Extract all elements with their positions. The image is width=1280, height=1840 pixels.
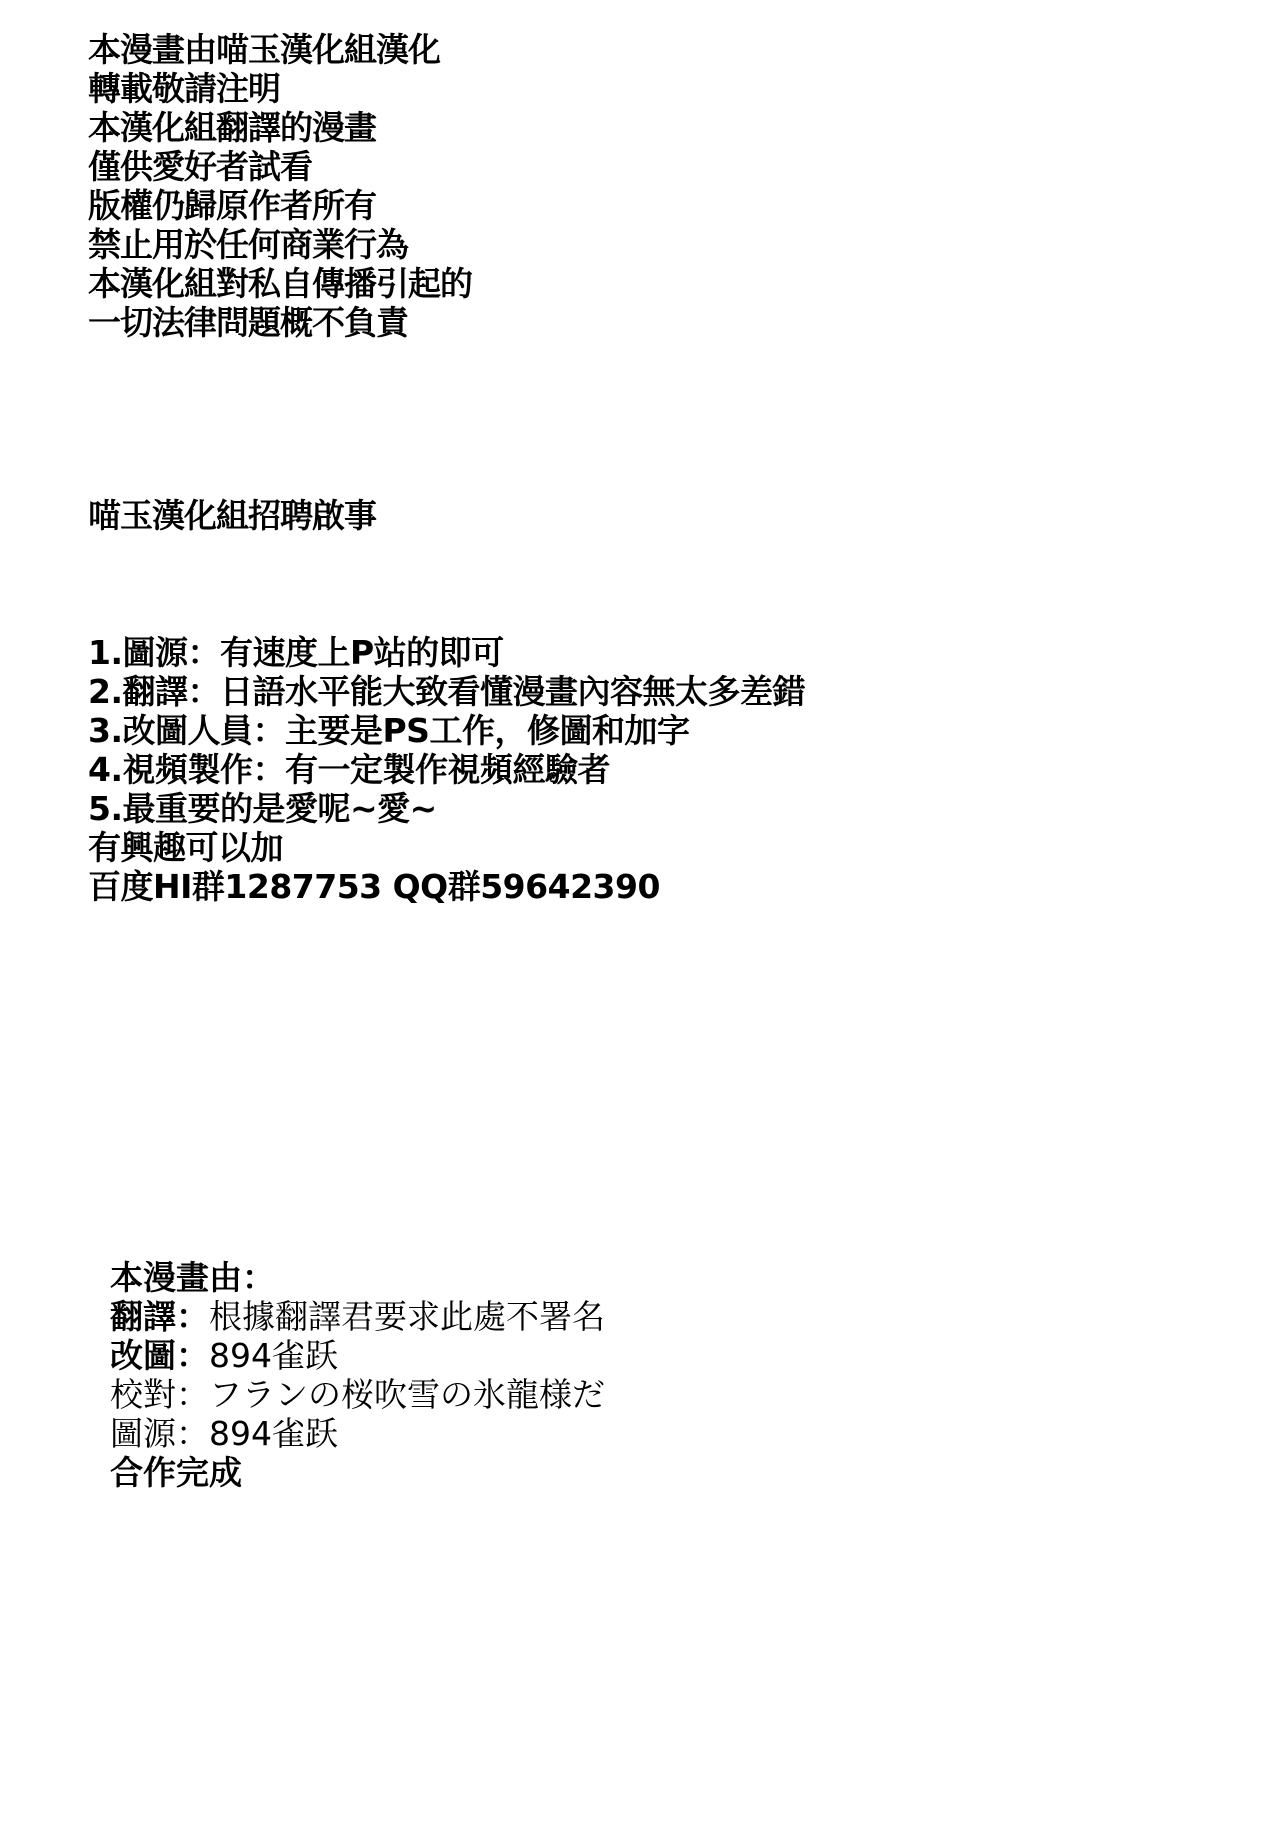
credit-value: 894雀跃 — [209, 1414, 338, 1453]
disclaimer-line: 僅供愛好者試看 — [88, 147, 472, 186]
recruit-item: 2.翻譯：日語水平能大致看懂漫畫內容無太多差錯 — [88, 672, 805, 711]
disclaimer-line: 本漢化組翻譯的漫畫 — [88, 108, 472, 147]
recruit-contact-intro: 有興趣可以加 — [88, 828, 805, 867]
credit-value: フランの桜吹雪の氷龍様だ — [209, 1375, 605, 1414]
credits-block: 本漫畫由： 翻譯：根據翻譯君要求此處不署名 改圖：894雀跃 校對：フランの桜吹… — [110, 1258, 605, 1492]
recruit-contact-groups: 百度HI群1287753 QQ群59642390 — [88, 867, 805, 906]
recruit-item: 1.圖源：有速度上P站的即可 — [88, 633, 805, 672]
credit-label: 翻譯： — [110, 1297, 209, 1336]
credit-value: 894雀跃 — [209, 1336, 338, 1375]
credit-row-source: 圖源：894雀跃 — [110, 1414, 605, 1453]
disclaimer-line: 本漫畫由喵玉漢化組漢化 — [88, 30, 472, 69]
recruit-item: 3.改圖人員：主要是PS工作，修圖和加字 — [88, 711, 805, 750]
credit-value: 根據翻譯君要求此處不署名 — [209, 1297, 605, 1336]
recruit-item: 5.最重要的是愛呢~愛~ — [88, 789, 805, 828]
disclaimer-line: 版權仍歸原作者所有 — [88, 186, 472, 225]
credit-row-editing: 改圖：894雀跃 — [110, 1336, 605, 1375]
recruit-title: 喵玉漢化組招聘啟事 — [88, 496, 376, 536]
disclaimer-block: 本漫畫由喵玉漢化組漢化 轉載敬請注明 本漢化組翻譯的漫畫 僅供愛好者試看 版權仍… — [88, 30, 472, 342]
credits-footer: 合作完成 — [110, 1453, 605, 1492]
credit-row-proofreading: 校對：フランの桜吹雪の氷龍様だ — [110, 1375, 605, 1414]
disclaimer-line: 轉載敬請注明 — [88, 69, 472, 108]
credit-label: 圖源： — [110, 1414, 209, 1453]
disclaimer-line: 禁止用於任何商業行為 — [88, 225, 472, 264]
recruit-list: 1.圖源：有速度上P站的即可 2.翻譯：日語水平能大致看懂漫畫內容無太多差錯 3… — [88, 633, 805, 906]
disclaimer-line: 一切法律問題概不負責 — [88, 303, 472, 342]
credit-label: 校對： — [110, 1375, 209, 1414]
recruit-item: 4.視頻製作：有一定製作視頻經驗者 — [88, 750, 805, 789]
credits-heading: 本漫畫由： — [110, 1258, 605, 1297]
credit-row-translation: 翻譯：根據翻譯君要求此處不署名 — [110, 1297, 605, 1336]
disclaimer-line: 本漢化組對私自傳播引起的 — [88, 264, 472, 303]
credit-label: 改圖： — [110, 1336, 209, 1375]
